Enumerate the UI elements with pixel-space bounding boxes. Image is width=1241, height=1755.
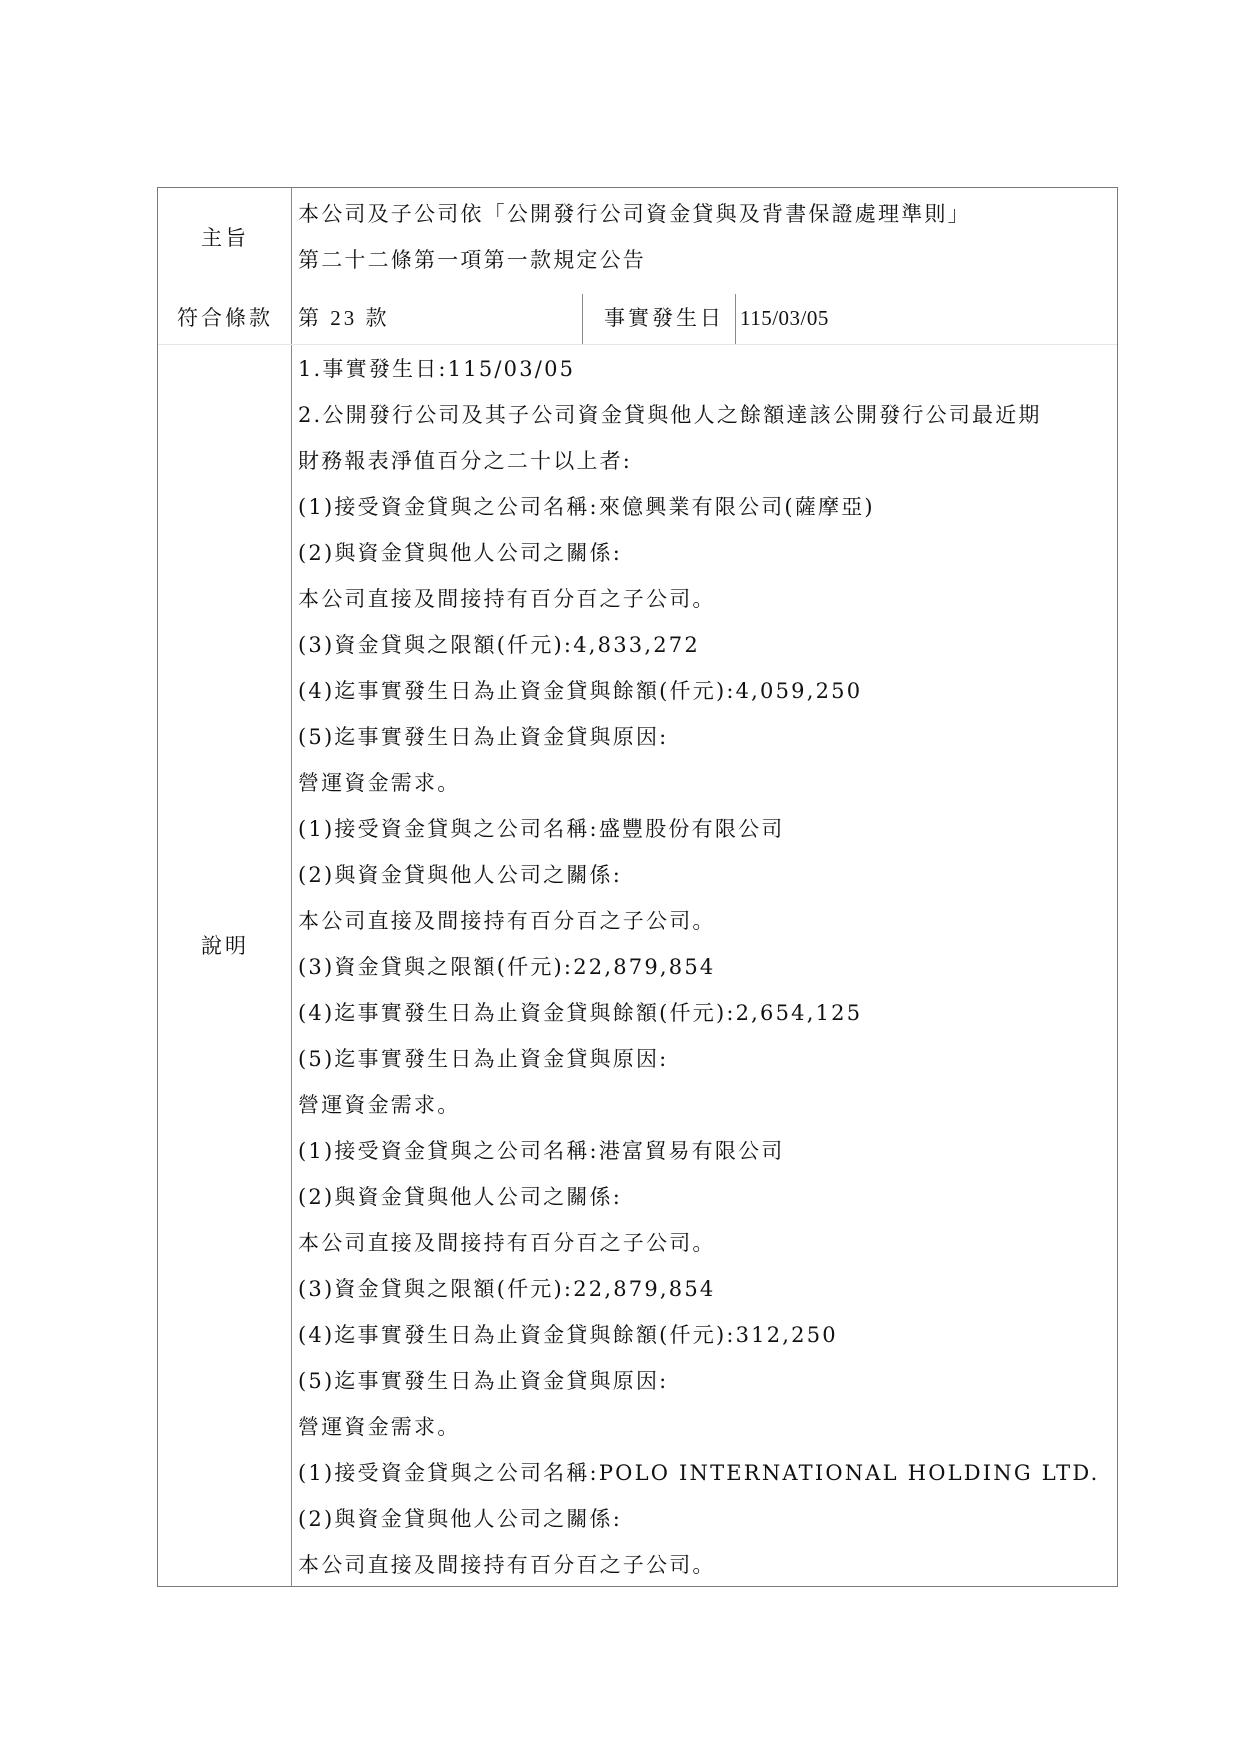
- description-line: (4)迄事實發生日為止資金貸與餘額(仟元):312,250: [294, 1312, 1117, 1358]
- description-content: 1.事實發生日:115/03/05 2.公開發行公司及其子公司資金貸與他人之餘額…: [294, 346, 1117, 1588]
- description-line: (3)資金貸與之限額(仟元):22,879,854: [294, 944, 1117, 990]
- clause-value: 第 23 款: [294, 295, 594, 341]
- description-line: 本公司直接及間接持有百分百之子公司。: [294, 898, 1117, 944]
- description-line: 2.公開發行公司及其子公司資金貸與他人之餘額達該公開發行公司最近期: [294, 392, 1117, 438]
- description-line: (2)與資金貸與他人公司之關係:: [294, 530, 1117, 576]
- description-label: 說明: [158, 923, 292, 969]
- description-line: (2)與資金貸與他人公司之關係:: [294, 1496, 1117, 1542]
- announcement-table: 主旨 本公司及子公司依「公開發行公司資金貸與及背書保證處理準則」 第二十二條第一…: [157, 187, 1118, 1587]
- description-line: 本公司直接及間接持有百分百之子公司。: [294, 1220, 1117, 1266]
- date-value: 115/03/05: [736, 295, 829, 341]
- subject-line: 第二十二條第一項第一款規定公告: [294, 237, 1117, 283]
- description-line: (1)接受資金貸與之公司名稱:港富貿易有限公司: [294, 1128, 1117, 1174]
- clause-label: 符合條款: [158, 295, 292, 341]
- subject-content: 本公司及子公司依「公開發行公司資金貸與及背書保證處理準則」 第二十二條第一項第一…: [294, 191, 1117, 283]
- description-line: (1)接受資金貸與之公司名稱:POLO INTERNATIONAL HOLDIN…: [294, 1450, 1117, 1496]
- subject-line: 本公司及子公司依「公開發行公司資金貸與及背書保證處理準則」: [294, 191, 1117, 237]
- description-line: 本公司直接及間接持有百分百之子公司。: [294, 576, 1117, 622]
- date-label: 事實發生日: [590, 295, 734, 341]
- clause-value-cell: 第 23 款: [294, 295, 594, 341]
- description-line: 1.事實發生日:115/03/05: [294, 346, 1117, 392]
- description-line: 本公司直接及間接持有百分百之子公司。: [294, 1542, 1117, 1588]
- description-line: (2)與資金貸與他人公司之關係:: [294, 1174, 1117, 1220]
- description-row: 說明 1.事實發生日:115/03/05 2.公開發行公司及其子公司資金貸與他人…: [158, 345, 1117, 1586]
- clause-divider: [582, 294, 583, 344]
- description-line: (5)迄事實發生日為止資金貸與原因:: [294, 1358, 1117, 1404]
- description-line: (1)接受資金貸與之公司名稱:來億興業有限公司(薩摩亞): [294, 484, 1117, 530]
- description-line: (3)資金貸與之限額(仟元):22,879,854: [294, 1266, 1117, 1312]
- description-line: 營運資金需求。: [294, 1082, 1117, 1128]
- description-line: (1)接受資金貸與之公司名稱:盛豐股份有限公司: [294, 806, 1117, 852]
- description-line: (2)與資金貸與他人公司之關係:: [294, 852, 1117, 898]
- description-line: (4)迄事實發生日為止資金貸與餘額(仟元):4,059,250: [294, 668, 1117, 714]
- description-line: (5)迄事實發生日為止資金貸與原因:: [294, 1036, 1117, 1082]
- description-line: (3)資金貸與之限額(仟元):4,833,272: [294, 622, 1117, 668]
- subject-row: 主旨 本公司及子公司依「公開發行公司資金貸與及背書保證處理準則」 第二十二條第一…: [158, 188, 1117, 292]
- description-line: 財務報表淨值百分之二十以上者:: [294, 438, 1117, 484]
- subject-label: 主旨: [158, 218, 292, 258]
- description-line: (5)迄事實發生日為止資金貸與原因:: [294, 714, 1117, 760]
- description-line: 營運資金需求。: [294, 760, 1117, 806]
- clause-row: 符合條款 第 23 款 事實發生日 115/03/05: [158, 292, 1117, 344]
- description-line: 營運資金需求。: [294, 1404, 1117, 1450]
- description-line: (4)迄事實發生日為止資金貸與餘額(仟元):2,654,125: [294, 990, 1117, 1036]
